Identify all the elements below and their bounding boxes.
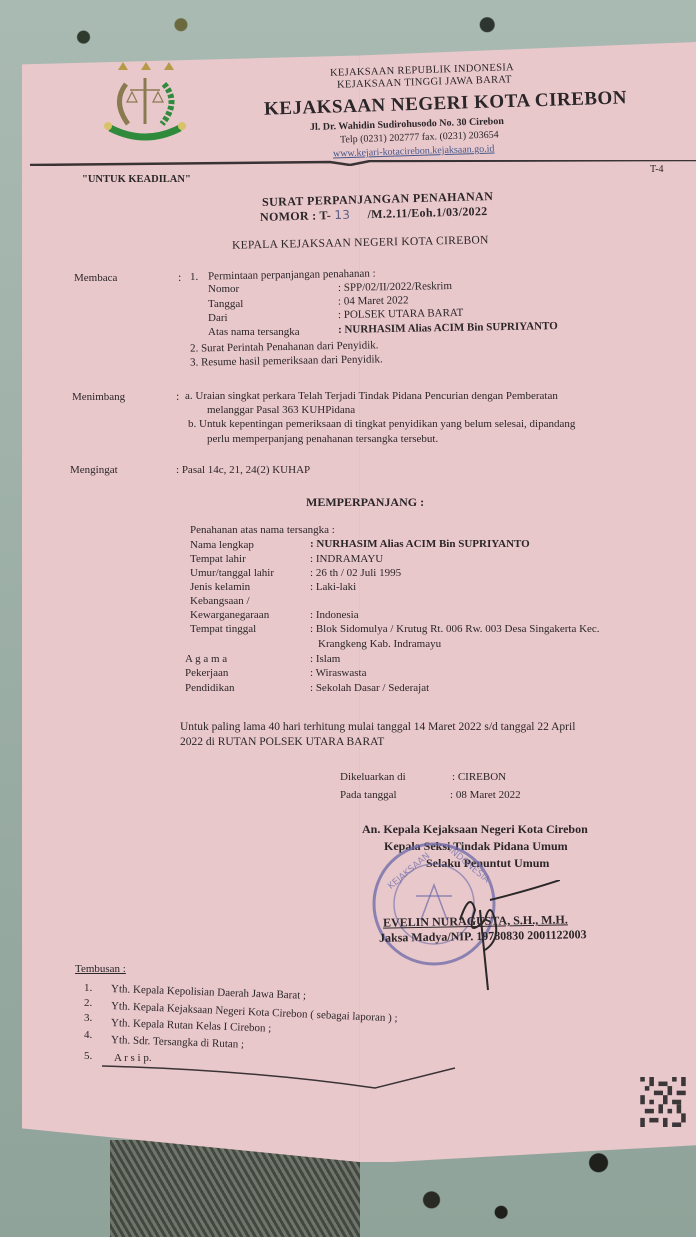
nama-lengkap-label: Nama lengkap [190,538,254,552]
pekerjaan-value: : Wiraswasta [310,666,366,680]
colon: : [178,270,181,284]
document: KEJAKSAAN REPUBLIK INDONESIA KEJAKSAAN T… [0,0,696,1237]
tembusan-item-4: Yth. Sdr. Tersangka di Rutan ; [111,1033,245,1052]
mengingat-value: : Pasal 14c, 21, 24(2) KUHAP [176,463,310,477]
tembusan-num-2: 2. [84,996,92,1010]
qr-code-icon[interactable] [640,1077,686,1127]
handwritten-number: 13 [334,208,350,222]
menimbang-a-line2: melanggar Pasal 363 KUHPidana [207,403,355,417]
membaca-nomor-value: : SPP/02/II/2022/Reskrim [338,279,452,295]
number-suffix: /M.2.11/Eoh.1/03/2022 [367,204,487,221]
form-code: T-4 [650,163,664,177]
tembusan-num-3: 3. [84,1011,92,1025]
letterhead-office: KEJAKSAAN NEGERI KOTA CIREBON [264,87,628,120]
issued-place-label: Dikeluarkan di [340,770,406,784]
tersangka-intro: Penahanan atas nama tersangka : [190,523,335,537]
umur-value: : 26 th / 02 Juli 1995 [310,566,401,580]
agama-value: : Islam [310,652,340,666]
duration-line2: 2022 di RUTAN POLSEK UTARA BARAT [180,735,384,749]
issued-date-value: : 08 Maret 2022 [450,788,521,802]
tempat-lahir-value: : INDRAMAYU [310,552,383,566]
nama-lengkap-value: : NURHASIM Alias ACIM Bin SUPRIYANTO [310,537,530,551]
kebangsaan-label: Kebangsaan / [190,594,250,608]
issuer-heading: KEPALA KEJAKSAAN NEGERI KOTA CIREBON [232,233,489,252]
number-prefix: NOMOR : T- [260,208,331,224]
kewarganegaraan-value: : Indonesia [310,608,359,622]
svg-text:KEJAKSAAN: KEJAKSAAN [386,851,432,892]
footer-divider [100,1064,460,1094]
mengingat-label: Mengingat [70,463,118,477]
membaca-tersangka-label: Atas nama tersangka [208,325,300,339]
colon: : [176,389,179,403]
umur-label: Umur/tanggal lahir [190,566,274,580]
tembusan-label: Tembusan : [75,962,126,976]
membaca-dari-value: : POLSEK UTARA BARAT [338,306,464,322]
membaca-dari-label: Dari [208,311,228,325]
signatory-line1: An. Kepala Kejaksaan Negeri Kota Cirebon [362,822,588,836]
membaca-tanggal-label: Tanggal [208,297,243,311]
scales-of-justice-emblem-icon [98,62,190,142]
tempat-tinggal-value-line2: Krangkeng Kab. Indramayu [318,637,441,651]
tempat-tinggal-label: Tempat tinggal [190,622,256,636]
pendidikan-value: : Sekolah Dasar / Sederajat [310,681,429,695]
tembusan-num-1: 1. [84,981,92,995]
letterhead-divider [30,160,696,166]
memperpanjang-heading: MEMPERPANJANG : [306,495,424,509]
membaca-item3: 3. Resume hasil pemeriksaan dari Penyidi… [190,352,383,369]
membaca-tersangka-value: : NURHASIM Alias ACIM Bin SUPRIYANTO [338,319,558,337]
jenis-kelamin-label: Jenis kelamin [190,580,250,594]
menimbang-b-line1: b. Untuk kepentingan pemeriksaan di ting… [188,417,575,431]
menimbang-b-line2: perlu memperpanjang penahanan tersangka … [207,432,438,446]
tempat-lahir-label: Tempat lahir [190,552,246,566]
membaca-nomor-label: Nomor [208,282,239,296]
tempat-tinggal-value: : Blok Sidomulya / Krutug Rt. 006 Rw. 00… [310,622,600,636]
motto: "UNTUK KEADILAN" [82,173,191,187]
duration-line1: Untuk paling lama 40 hari terhitung mula… [180,720,575,734]
tembusan-num-4: 4. [84,1028,92,1042]
menimbang-label: Menimbang [72,390,125,404]
tembusan-num-5: 5. [84,1049,92,1063]
pendidikan-label: Pendidikan [185,681,235,695]
membaca-label: Membaca [74,271,117,285]
pekerjaan-label: Pekerjaan [185,666,228,680]
membaca-item1-num: 1. [190,270,198,284]
agama-label: A g a m a [185,652,227,666]
kewarganegaraan-label: Kewarganegaraan [190,608,269,622]
jenis-kelamin-value: : Laki-laki [310,580,356,594]
tembusan-item-5: A r s i p. [114,1051,152,1065]
issued-date-label: Pada tanggal [340,788,397,802]
menimbang-a-line1: a. Uraian singkat perkara Telah Terjadi … [185,389,558,403]
issued-place-value: : CIREBON [452,770,506,784]
